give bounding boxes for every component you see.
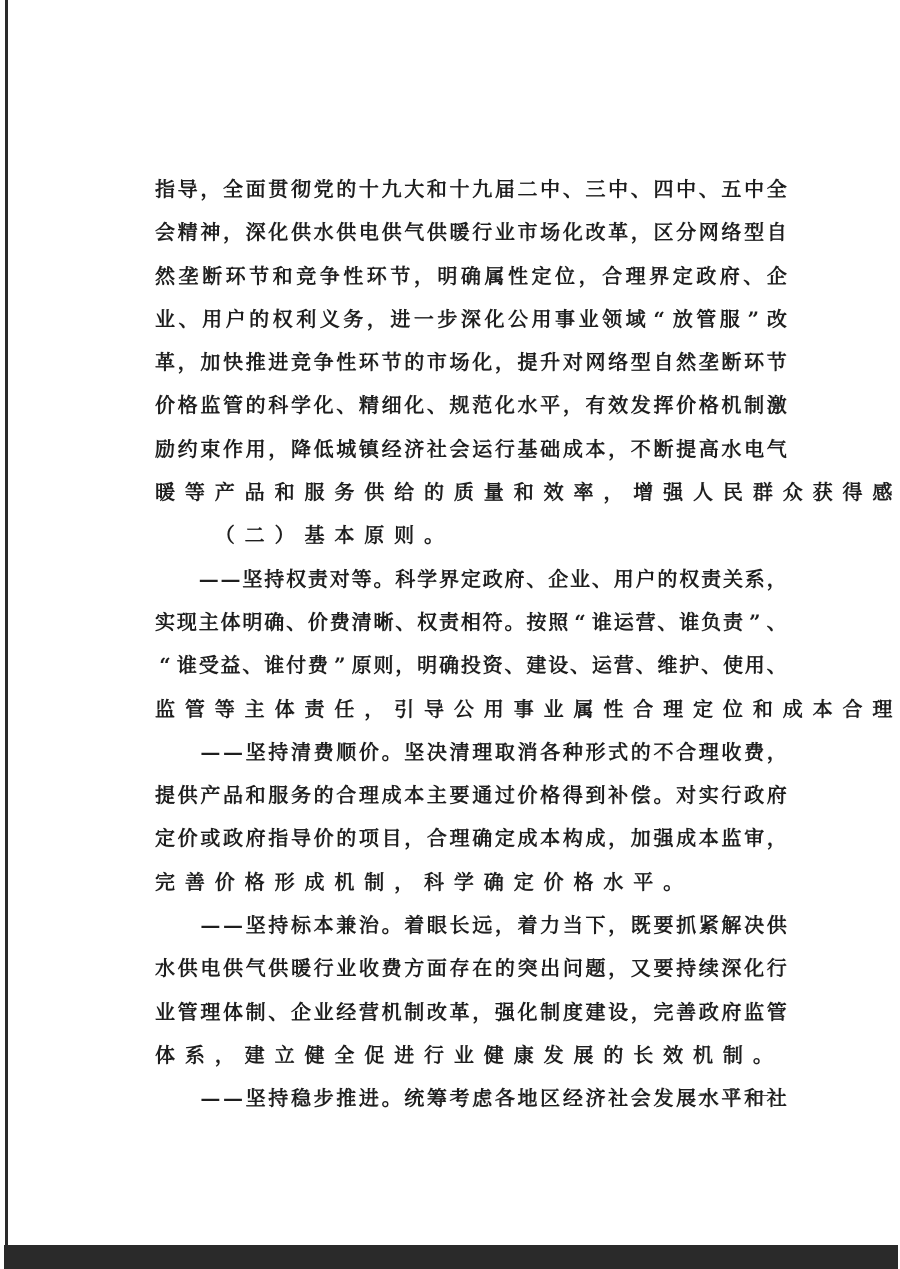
text-line: 业、用户的权利义务，进一步深化公用事业领域“放管服”改 xyxy=(155,298,787,341)
text-line: 价格监管的科学化、精细化、规范化水平，有效发挥价格机制激 xyxy=(155,384,787,427)
text-line: 水供电供气供暖行业收费方面存在的突出问题，又要持续深化行 xyxy=(155,947,787,990)
text-line: “谁受益、谁付费”原则，明确投资、建设、运营、维护、使用、 xyxy=(155,644,787,687)
text-line: 完善价格形成机制，科学确定价格水平。 xyxy=(155,861,787,904)
text-line: 会精神，深化供水供电供气供暖行业市场化改革，区分网络型自 xyxy=(155,211,787,254)
text-line: 指导，全面贯彻党的十九大和十九届二中、三中、四中、五中全 xyxy=(155,168,787,211)
section-heading: （二）基本原则。 xyxy=(155,514,787,557)
page-number: — 3 — xyxy=(690,1084,780,1105)
text-line: 然垄断环节和竞争性环节，明确属性定位，合理界定政府、企 xyxy=(155,255,787,298)
text-line: ——坚持清费顺价。坚决清理取消各种形式的不合理收费， xyxy=(155,731,787,774)
text-line: 暖等产品和服务供给的质量和效率，增强人民群众获得感。 xyxy=(155,471,787,514)
text-line: 监管等主体责任，引导公用事业属性合理定位和成本合理分担。 xyxy=(155,688,787,731)
scan-bottom-border xyxy=(4,1245,898,1269)
text-line: 定价或政府指导价的项目，合理确定成本构成，加强成本监审， xyxy=(155,817,787,860)
text-line: ——坚持权责对等。科学界定政府、企业、用户的权责关系， xyxy=(155,558,787,601)
text-line: 实现主体明确、价费清晰、权责相符。按照“谁运营、谁负责”、 xyxy=(155,601,787,644)
text-line: 业管理体制、企业经营机制改革，强化制度建设，完善政府监管 xyxy=(155,991,787,1034)
scan-left-border xyxy=(5,0,8,1245)
text-line: 革，加快推进竞争性环节的市场化，提升对网络型自然垄断环节 xyxy=(155,341,787,384)
text-line: ——坚持标本兼治。着眼长远，着力当下，既要抓紧解决供 xyxy=(155,904,787,947)
text-line: 励约束作用，降低城镇经济社会运行基础成本，不断提高水电气 xyxy=(155,428,787,471)
text-line: 体系，建立健全促进行业健康发展的长效机制。 xyxy=(155,1034,787,1077)
text-line: 提供产品和服务的合理成本主要通过价格得到补偿。对实行政府 xyxy=(155,774,787,817)
document-body: 指导，全面贯彻党的十九大和十九届二中、三中、四中、五中全会精神，深化供水供电供气… xyxy=(155,168,787,1121)
